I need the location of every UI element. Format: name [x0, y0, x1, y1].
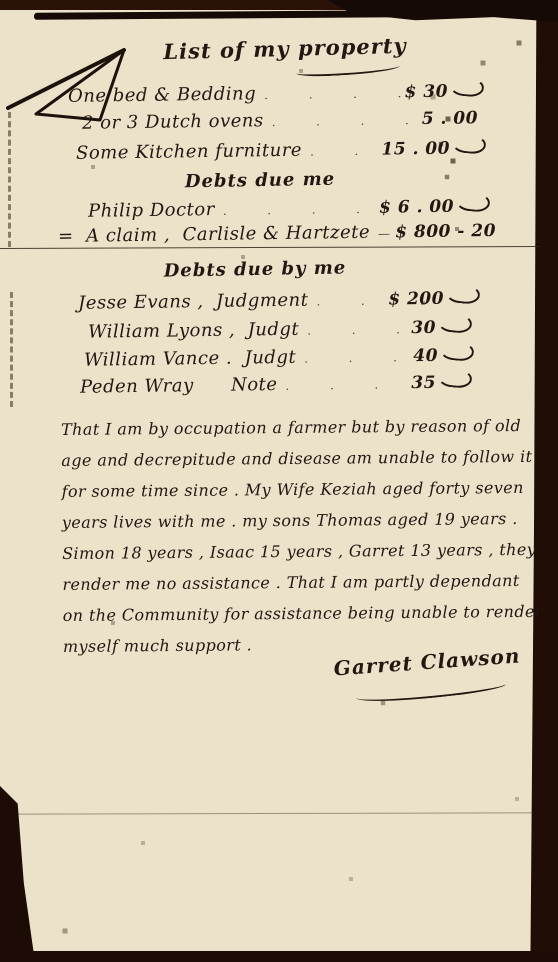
- item-amount: $ 30: [404, 82, 448, 103]
- item-label: One bed & Bedding: [68, 83, 256, 107]
- pen-flourish: [449, 76, 485, 98]
- statement-line: for some time since . My Wife Keziah age…: [61, 472, 515, 507]
- creditor-name: William Vance . Judgt: [84, 347, 296, 371]
- item-label: Some Kitchen furniture: [76, 140, 302, 164]
- dot-leader: . . . .: [308, 293, 388, 308]
- pen-flourish: [455, 191, 491, 213]
- statement-line: Simon 18 years , Isaac 15 years , Garret…: [62, 534, 516, 569]
- item-amount: 15 . 00: [381, 139, 450, 160]
- statement-line: That I am by occupation a farmer but by …: [61, 410, 515, 445]
- debt-amount: 30: [411, 318, 436, 338]
- debt-amount: 40: [413, 346, 438, 366]
- left-margin-marks: [10, 292, 13, 407]
- dot-leader: . . . .: [299, 322, 411, 338]
- pen-flourish: [445, 283, 481, 305]
- dot-leader: . . . . -: [264, 113, 422, 129]
- item-amount: 5 . 00: [422, 108, 479, 129]
- debt-amount: $ 6 . 00: [379, 197, 454, 218]
- dot-leader: . . . .: [296, 350, 413, 366]
- creditor-name: William Lyons , Judgt: [88, 319, 299, 343]
- statement-line: render me no assistance . That I am part…: [62, 565, 516, 600]
- creditor-name: Peden Wray Note: [80, 374, 278, 398]
- debt-amount: 35: [411, 373, 436, 393]
- debt-amount: $ 200: [388, 289, 444, 310]
- dot-leader: . . . . - -: [215, 202, 379, 218]
- creditor-name: Jesse Evans , Judgment: [78, 290, 309, 314]
- pen-flourish: [437, 367, 473, 389]
- pen-flourish: [439, 340, 475, 362]
- claim-amount: $ 800 - 20: [395, 221, 496, 242]
- claim-description: = A claim , Carlisle & Hartzete: [58, 222, 370, 247]
- pen-flourish: [451, 133, 487, 155]
- section-heading-debts-due-me: Debts due me: [150, 168, 370, 193]
- section-heading-debts-due-by-me: Debts due by me: [140, 257, 370, 282]
- debtor-name: Philip Doctor: [88, 199, 215, 222]
- statement-line: years lives with me . my sons Thomas age…: [62, 503, 516, 538]
- statement-paragraph: That I am by occupation a farmer but by …: [61, 410, 517, 662]
- pen-flourish: [437, 312, 473, 334]
- paper-specks: [0, 0, 2, 2]
- dot-leader: . . . . . .: [256, 86, 405, 102]
- item-label: 2 or 3 Dutch ovens: [82, 110, 264, 134]
- statement-line: on the Community for assistance being un…: [63, 596, 517, 631]
- dash-leader: — — — —: [370, 226, 395, 240]
- scanned-document-page: List of my property One bed & Bedding . …: [0, 0, 558, 962]
- dot-leader: . . . .: [277, 377, 411, 393]
- scan-edge-bottom: [0, 951, 558, 962]
- statement-line: age and decrepitude and disease am unabl…: [61, 441, 515, 476]
- dot-leader: . . . -: [302, 144, 382, 159]
